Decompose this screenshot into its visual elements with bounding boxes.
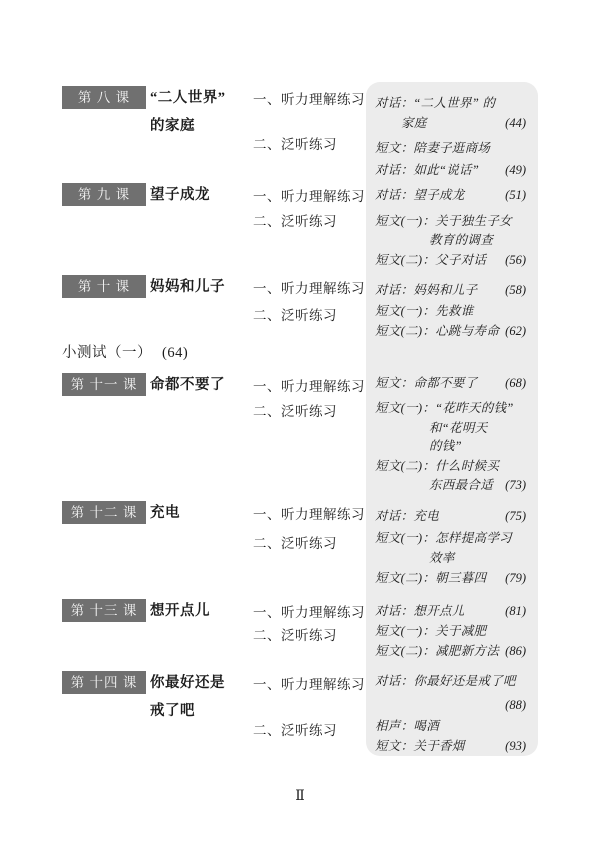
panel-line-text: 和“花明天 <box>429 421 487 435</box>
panel-line: 对话：充电(75) <box>375 508 530 525</box>
lesson-14-exercise-1: 一、听力理解练习 <box>253 673 365 693</box>
panel-line-text: 对话：望子成龙 <box>375 188 465 202</box>
panel-line-text: 东西最合适 <box>429 478 493 492</box>
lesson-12-title-line1: 充电 <box>150 499 256 527</box>
panel-line: 短文：关于香烟(93) <box>375 738 530 755</box>
panel-line-text: 对话：如此“说话” <box>375 163 479 177</box>
panel-line-text: 的钱” <box>429 439 462 453</box>
lesson-13-exercise-2: 二、泛听练习 <box>253 624 337 644</box>
panel-line-text: 短文(一)：“花昨天的钱” <box>375 401 514 415</box>
lesson-11-title-line1: 命都不要了 <box>150 371 256 399</box>
lesson-13-label: 第 十三 课 <box>62 599 146 622</box>
lesson-8-title-line2: 的家庭 <box>150 112 256 140</box>
quiz-label: 小测试（一） <box>62 345 152 361</box>
panel-line-text: 短文(一)：关于独生子女 <box>375 214 512 228</box>
panel-line: 对话：如此“说话”(49) <box>375 162 530 179</box>
panel-line: 对话：“二人世界” 的 <box>375 95 530 112</box>
panel-line: 短文(一)：“花昨天的钱” <box>375 400 530 417</box>
lesson-11-exercise-2: 二、泛听练习 <box>253 400 337 420</box>
quiz-page-number: (64) <box>162 345 188 361</box>
lesson-13-title: 想开点儿 <box>150 597 256 625</box>
panel-line-text: 短文(二)：减肥新方法 <box>375 644 499 658</box>
panel-line: 效率 <box>375 550 530 567</box>
footer-page-number: Ⅱ <box>0 788 600 805</box>
lesson-12-label: 第 十二 课 <box>62 501 146 524</box>
panel-line-text: 对话：你最好还是戒了吧 <box>375 674 516 688</box>
lesson-11-title: 命都不要了 <box>150 371 256 399</box>
lesson-9-label: 第 九 课 <box>62 183 146 206</box>
panel-line-text: 短文(一)：先救谁 <box>375 304 474 318</box>
lesson-14-title-line1: 你最好还是 <box>150 669 256 697</box>
panel-line-text: 短文(一)：怎样提高学习 <box>375 531 512 545</box>
panel-line-page: (68) <box>505 375 526 392</box>
toc-page: 第 八 课 “二人世界” 的家庭 一、听力理解练习 二、泛听练习 第 九 课 望… <box>0 0 600 843</box>
panel-line-text: 短文(二)：什么时候买 <box>375 459 499 473</box>
panel-line-page: (73) <box>505 477 526 494</box>
toc-detail-panel: 对话：“二人世界” 的 家庭(44) 短文：陪妻子逛商场 对话：如此“说话”(4… <box>366 82 538 756</box>
panel-line: 短文(一)：先救谁 <box>375 303 530 320</box>
lesson-10-title: 妈妈和儿子 <box>150 273 256 301</box>
panel-line-text: 效率 <box>429 551 455 565</box>
lesson-8-exercise-1: 一、听力理解练习 <box>253 88 365 108</box>
lesson-13-exercise-1: 一、听力理解练习 <box>253 601 365 621</box>
panel-line-text: 家庭 <box>401 116 427 130</box>
lesson-14-title: 你最好还是 戒了吧 <box>150 669 256 725</box>
panel-line-page: (75) <box>505 508 526 525</box>
lesson-10-exercise-2: 二、泛听练习 <box>253 304 337 324</box>
panel-line-page: (81) <box>505 603 526 620</box>
lesson-14-title-line2: 戒了吧 <box>150 697 256 725</box>
panel-line-text: 短文(一)：关于减肥 <box>375 624 486 638</box>
panel-line: 对话：望子成龙(51) <box>375 187 530 204</box>
panel-line-page: (51) <box>505 187 526 204</box>
panel-line: 对话：你最好还是戒了吧 <box>375 673 530 690</box>
panel-line-text: 对话：充电 <box>375 509 439 523</box>
panel-line-text: 对话：“二人世界” 的 <box>375 96 495 110</box>
panel-line-text: 对话：想开点儿 <box>375 604 465 618</box>
lesson-11-label: 第 十一 课 <box>62 373 146 396</box>
panel-line-text: 对话：妈妈和儿子 <box>375 283 477 297</box>
lesson-8-title-line1: “二人世界” <box>150 84 256 112</box>
panel-line: 短文(二)：父子对话(56) <box>375 252 530 269</box>
panel-line-text: 短文：陪妻子逛商场 <box>375 141 490 155</box>
lesson-10-title-line1: 妈妈和儿子 <box>150 273 256 301</box>
panel-line: (88) <box>375 697 530 714</box>
lesson-11-exercise-1: 一、听力理解练习 <box>253 375 365 395</box>
panel-line: 短文：陪妻子逛商场 <box>375 140 530 157</box>
panel-line: 短文(一)：关于独生子女 <box>375 213 530 230</box>
panel-line-text: 短文：关于香烟 <box>375 739 465 753</box>
lesson-8-exercise-2: 二、泛听练习 <box>253 133 337 153</box>
panel-line: 对话：想开点儿(81) <box>375 603 530 620</box>
lesson-13-title-line1: 想开点儿 <box>150 597 256 625</box>
panel-line: 短文(一)：怎样提高学习 <box>375 530 530 547</box>
lesson-12-exercise-1: 一、听力理解练习 <box>253 503 365 523</box>
lesson-8-label: 第 八 课 <box>62 86 146 109</box>
panel-line-page: (88) <box>505 697 526 714</box>
panel-line-text: 短文(二)：父子对话 <box>375 253 486 267</box>
panel-line: 短文(二)：朝三暮四(79) <box>375 570 530 587</box>
panel-line-page: (86) <box>505 643 526 660</box>
quiz-entry: 小测试（一）(64) <box>62 341 188 362</box>
lesson-9-title-line1: 望子成龙 <box>150 181 256 209</box>
panel-line: 东西最合适(73) <box>375 477 530 494</box>
panel-line: 家庭(44) <box>375 115 530 132</box>
panel-line-text: 短文：命都不要了 <box>375 376 477 390</box>
lesson-10-exercise-1: 一、听力理解练习 <box>253 277 365 297</box>
lesson-8-title: “二人世界” 的家庭 <box>150 84 256 140</box>
lesson-9-exercise-1: 一、听力理解练习 <box>253 185 365 205</box>
panel-line: 短文(一)：关于减肥 <box>375 623 530 640</box>
lesson-9-exercise-2: 二、泛听练习 <box>253 210 337 230</box>
panel-line-page: (44) <box>505 115 526 132</box>
panel-line: 的钱” <box>375 438 530 455</box>
panel-line-text: 教育的调查 <box>429 233 493 247</box>
lesson-10-label: 第 十 课 <box>62 275 146 298</box>
lesson-14-label: 第 十四 课 <box>62 671 146 694</box>
panel-line: 短文(二)：减肥新方法(86) <box>375 643 530 660</box>
panel-line-text: 短文(二)：心跳与寿命 <box>375 324 499 338</box>
panel-line: 相声：喝酒 <box>375 718 530 735</box>
panel-line-page: (62) <box>505 323 526 340</box>
panel-line: 教育的调查 <box>375 232 530 249</box>
panel-line: 短文(二)：心跳与寿命(62) <box>375 323 530 340</box>
panel-line: 对话：妈妈和儿子(58) <box>375 282 530 299</box>
panel-line: 短文(二)：什么时候买 <box>375 458 530 475</box>
panel-line-page: (79) <box>505 570 526 587</box>
panel-line: 和“花明天 <box>375 420 530 437</box>
lesson-9-title: 望子成龙 <box>150 181 256 209</box>
panel-line: 短文：命都不要了(68) <box>375 375 530 392</box>
panel-line-page: (93) <box>505 738 526 755</box>
panel-line-page: (56) <box>505 252 526 269</box>
panel-line-page: (58) <box>505 282 526 299</box>
lesson-12-exercise-2: 二、泛听练习 <box>253 532 337 552</box>
panel-line-text: 短文(二)：朝三暮四 <box>375 571 486 585</box>
lesson-12-title: 充电 <box>150 499 256 527</box>
panel-line-text: 相声：喝酒 <box>375 719 439 733</box>
panel-line-page: (49) <box>505 162 526 179</box>
lesson-14-exercise-2: 二、泛听练习 <box>253 719 337 739</box>
